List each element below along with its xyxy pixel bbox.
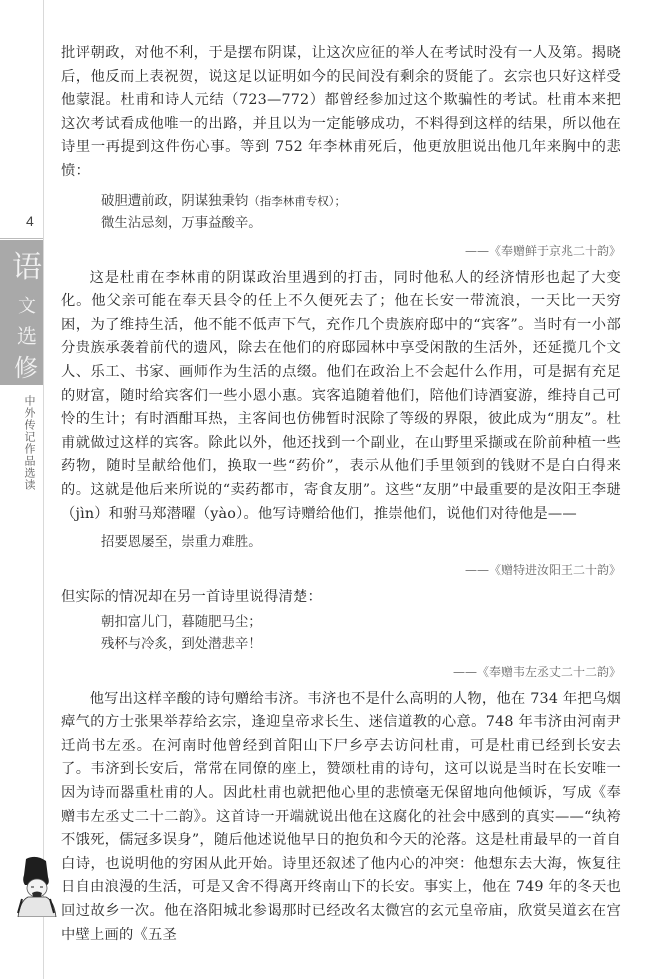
poem-quote: 朝扣富儿门，暮随肥马尘； 残杯与冷炙，到处潜悲辛！ <box>61 612 621 656</box>
series-title-char: 语 <box>12 242 42 286</box>
poem-line-text: 破胆遭前政，阴谋独秉钧 <box>101 194 248 209</box>
paragraph: 这是杜甫在李林甫的阴谋政治里遇到的打击，同时他私人的经济情形也起了大变化。他父亲… <box>61 267 621 527</box>
page-number-divider <box>0 238 43 239</box>
series-title-box: 语 文 选 修 <box>0 240 43 385</box>
series-title-char: 修 <box>14 348 38 383</box>
poem-note: （指李林甫专权）； <box>248 194 346 208</box>
poem-source: ——《奉赠鲜于京兆二十韵》 <box>61 243 621 259</box>
paragraph: 批评朝政，对他不利，于是摆布阴谋，让这次应征的举人在考试时没有一人及第。揭晓后，… <box>61 42 621 184</box>
paragraph: 但实际的情况却在另一首诗里说得清楚： <box>61 586 621 610</box>
poem-line: 破胆遭前政，阴谋独秉钧（指李林甫专权）； <box>101 190 621 213</box>
poem-source: ——《奉赠韦左丞丈二十二韵》 <box>61 664 621 680</box>
poem-quote: 招要恩屡至，崇重力难胜。 <box>61 532 621 554</box>
page-number: 4 <box>26 213 34 229</box>
series-title-char: 文 <box>18 292 36 318</box>
article-body: 批评朝政，对他不利，于是摆布阴谋，让这次应征的举人在考试时没有一人及第。揭晓后，… <box>61 42 621 947</box>
poem-line: 招要恩屡至，崇重力难胜。 <box>101 532 621 554</box>
book-title: 中外传记作品选读 <box>22 395 36 491</box>
poem-line: 残杯与冷炙，到处潜悲辛！ <box>101 634 621 656</box>
poem-line: 朝扣富儿门，暮随肥马尘； <box>101 612 621 634</box>
series-title-char: 选 <box>17 320 37 349</box>
paragraph: 他写出这样辛酸的诗句赠给韦济。韦济也不是什么高明的人物，他在 734 年把乌烟瘴… <box>61 688 621 948</box>
poem-quote: 破胆遭前政，阴谋独秉钧（指李林甫专权）； 微生沾忌刻，万事益酸辛。 <box>61 190 621 235</box>
poem-line: 微生沾忌刻，万事益酸辛。 <box>101 213 621 235</box>
poem-source: ——《赠特进汝阳王二十韵》 <box>61 562 621 578</box>
margin-rule <box>43 0 44 979</box>
portrait-icon <box>14 855 58 917</box>
